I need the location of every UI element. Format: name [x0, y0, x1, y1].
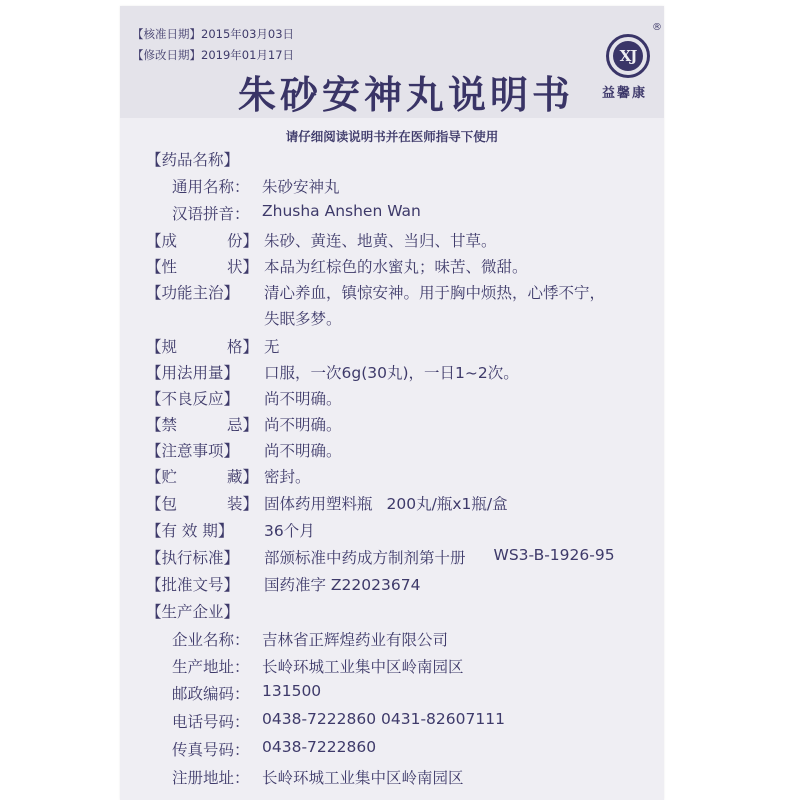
- section-standard: 【执行标准】部颁标准中药成方制剂第十册WS3-B-1926-95: [146, 546, 615, 568]
- field-value: 0438-7222860 0431-82607111: [262, 710, 505, 732]
- field-label: 通用名称：: [146, 175, 262, 197]
- field-label: 邮政编码：: [146, 682, 262, 704]
- label-part: 藏】: [227, 465, 258, 487]
- section-label: 【禁忌】: [146, 413, 264, 435]
- section-value: 固体药用塑料瓶: [264, 492, 373, 514]
- section-label: 【性状】: [146, 255, 264, 277]
- logo-mark-icon: XJ: [606, 34, 650, 78]
- field-value: 131500: [262, 682, 321, 704]
- field-value: Zhusha Anshen Wan: [262, 202, 421, 224]
- logo-brand-name: 益馨康: [602, 82, 647, 101]
- leaflet-paper: 【核准日期】2015年03月03日 【修改日期】2019年01月17日 朱砂安神…: [120, 6, 664, 800]
- revision-date: 【修改日期】2019年01月17日: [132, 45, 294, 66]
- section-label: 【规格】: [146, 335, 264, 357]
- section-drug-name: 【药品名称】: [146, 148, 264, 170]
- section-value: 无: [264, 335, 280, 357]
- field-value: 长岭环城工业集中区岭南园区: [262, 655, 464, 677]
- field-label: 注册地址：: [146, 766, 262, 788]
- field-fax: 传真号码：0438-7222860: [146, 738, 376, 760]
- section-label: 【贮藏】: [146, 465, 264, 487]
- section-indications-cont: 失眠多梦。: [146, 307, 342, 329]
- section-label: 【执行标准】: [146, 546, 264, 568]
- field-label: 汉语拼音：: [146, 202, 262, 224]
- label-part: 【禁: [146, 413, 177, 435]
- field-company-name: 企业名称：吉林省正辉煌药业有限公司: [146, 628, 448, 650]
- field-value: 长岭环城工业集中区岭南园区: [262, 766, 464, 788]
- section-value-secondary: WS3-B-1926-95: [494, 546, 615, 568]
- field-production-address: 生产地址：长岭环城工业集中区岭南园区: [146, 655, 464, 677]
- section-specification: 【规格】无: [146, 335, 280, 357]
- label-part: 格】: [227, 335, 258, 357]
- section-value: 清心养血，镇惊安神。用于胸中烦热，心悸不宁，: [264, 281, 605, 303]
- dates-block: 【核准日期】2015年03月03日 【修改日期】2019年01月17日: [132, 24, 294, 66]
- section-value: 口服，一次6g(30丸)，一日1~2次。: [264, 361, 519, 383]
- section-label: 【包装】: [146, 492, 264, 514]
- section-label: 【注意事项】: [146, 439, 264, 461]
- label-part: 【包: [146, 492, 177, 514]
- field-label: 企业名称：: [146, 628, 262, 650]
- section-precautions: 【注意事项】尚不明确。: [146, 439, 342, 461]
- section-value: 国药准字 Z22023674: [264, 573, 420, 595]
- label-part: 忌】: [227, 413, 258, 435]
- section-value: 尚不明确。: [264, 439, 342, 461]
- approval-date: 【核准日期】2015年03月03日: [132, 24, 294, 45]
- label-part: 【规: [146, 335, 177, 357]
- section-value: 密封。: [264, 465, 311, 487]
- section-adverse-reactions: 【不良反应】尚不明确。: [146, 387, 342, 409]
- field-value: 0438-7222860: [262, 738, 376, 760]
- section-value-continued: 失眠多梦。: [264, 307, 342, 329]
- field-label: 电话号码：: [146, 710, 262, 732]
- section-label: 【功能主治】: [146, 281, 264, 303]
- brand-logo: ® XJ 益馨康: [598, 22, 662, 102]
- header-band: 【核准日期】2015年03月03日 【修改日期】2019年01月17日 朱砂安神…: [120, 6, 664, 118]
- approval-date-value: 2015年03月03日: [201, 27, 294, 41]
- section-value: 尚不明确。: [264, 413, 342, 435]
- field-label: 传真号码：: [146, 738, 262, 760]
- section-label: 【生产企业】: [146, 600, 264, 622]
- section-validity: 【有 效 期】36个月: [146, 519, 315, 541]
- revision-date-value: 2019年01月17日: [201, 48, 294, 62]
- registered-trademark-icon: ®: [652, 22, 662, 33]
- section-value: 尚不明确。: [264, 387, 342, 409]
- section-dosage: 【用法用量】口服，一次6g(30丸)，一日1~2次。: [146, 361, 519, 383]
- field-label: 生产地址：: [146, 655, 262, 677]
- section-label: 【有 效 期】: [146, 519, 264, 541]
- section-contraindications: 【禁忌】尚不明确。: [146, 413, 342, 435]
- section-manufacturer: 【生产企业】: [146, 600, 264, 622]
- field-generic-name: 通用名称：朱砂安神丸: [146, 175, 340, 197]
- approval-date-label: 【核准日期】: [132, 27, 201, 41]
- field-phone: 电话号码：0438-7222860 0431-82607111: [146, 710, 505, 732]
- label-part: 【成: [146, 229, 177, 251]
- label-part: 状】: [227, 255, 258, 277]
- label-part: 【贮: [146, 465, 177, 487]
- field-postal-code: 邮政编码：131500: [146, 682, 321, 704]
- section-value-secondary: 200丸/瓶x1瓶/盒: [387, 492, 508, 514]
- section-label: 【批准文号】: [146, 573, 264, 595]
- label-part: 装】: [227, 492, 258, 514]
- section-description: 【性状】本品为红棕色的水蜜丸；味苦、微甜。: [146, 255, 528, 277]
- section-indications: 【功能主治】清心养血，镇惊安神。用于胸中烦热，心悸不宁，: [146, 281, 605, 303]
- section-label: 【成份】: [146, 229, 264, 251]
- field-value: 吉林省正辉煌药业有限公司: [262, 628, 448, 650]
- usage-notice: 请仔细阅读说明书并在医师指导下使用: [120, 127, 664, 145]
- section-packaging: 【包装】固体药用塑料瓶200丸/瓶x1瓶/盒: [146, 492, 508, 514]
- section-value: 部颁标准中药成方制剂第十册: [264, 546, 466, 568]
- label-part: 【性: [146, 255, 177, 277]
- field-value: 朱砂安神丸: [262, 175, 340, 197]
- label-part: 份】: [227, 229, 258, 251]
- document-title: 朱砂安神丸说明书: [238, 64, 574, 119]
- section-storage: 【贮藏】密封。: [146, 465, 311, 487]
- section-value: 朱砂、黄连、地黄、当归、甘草。: [264, 229, 497, 251]
- field-pinyin: 汉语拼音：Zhusha Anshen Wan: [146, 202, 421, 224]
- section-label: 【用法用量】: [146, 361, 264, 383]
- section-approval-number: 【批准文号】国药准字 Z22023674: [146, 573, 420, 595]
- section-value: 36个月: [264, 519, 315, 541]
- field-registered-address: 注册地址：长岭环城工业集中区岭南园区: [146, 766, 464, 788]
- section-ingredients: 【成份】朱砂、黄连、地黄、当归、甘草。: [146, 229, 497, 251]
- section-label: 【不良反应】: [146, 387, 264, 409]
- section-value: 本品为红棕色的水蜜丸；味苦、微甜。: [264, 255, 528, 277]
- revision-date-label: 【修改日期】: [132, 48, 201, 62]
- section-label: 【药品名称】: [146, 148, 264, 170]
- logo-mark-text: XJ: [613, 41, 643, 71]
